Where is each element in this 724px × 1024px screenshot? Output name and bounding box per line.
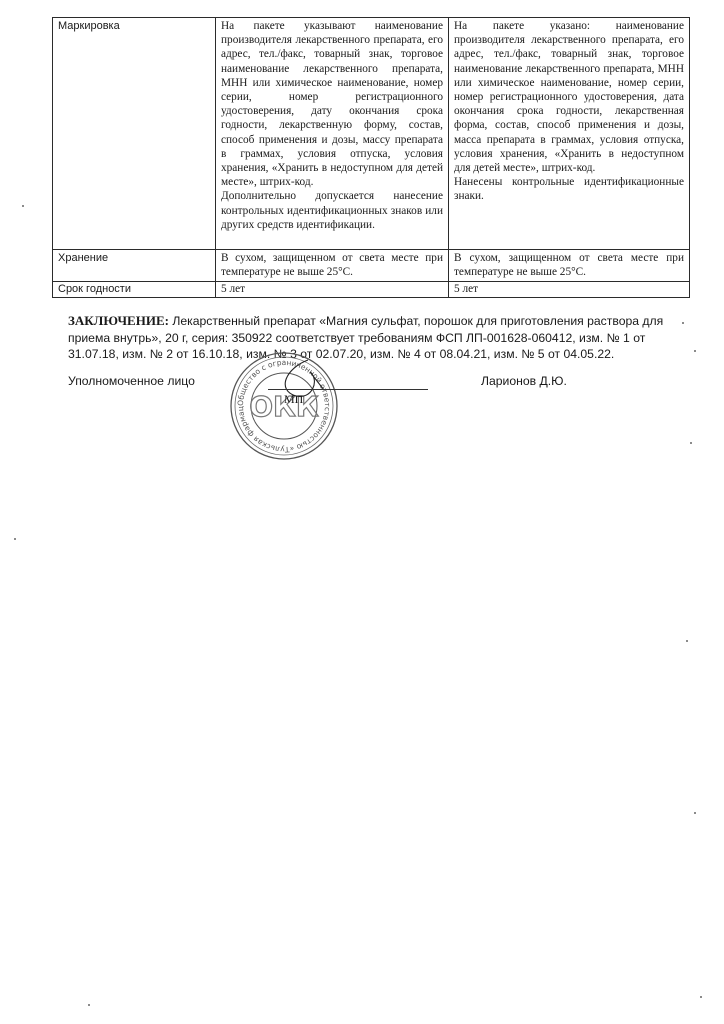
conclusion-paragraph: ЗАКЛЮЧЕНИЕ: Лекарственный препарат «Магн… [68,313,683,363]
requirement-cell: На пакете указывают наименование произво… [216,18,449,250]
row-label: Хранение [53,250,216,282]
scan-speck [88,1004,90,1006]
document-page: Маркировка На пакете указывают наименова… [0,0,724,1024]
seal-label: МП [284,392,303,407]
scan-speck [694,350,696,352]
result-cell: На пакете указано: наименование производ… [449,18,690,250]
row-label: Срок годности [53,282,216,298]
result-text: В сухом, защищенном от света месте при т… [454,251,684,279]
row-label: Маркировка [53,18,216,250]
requirement-text: В сухом, защищенном от света месте при т… [221,251,443,279]
scan-speck [686,640,688,642]
result-text: 5 лет [454,283,684,295]
scan-speck [690,442,692,444]
result-cell: В сухом, защищенном от света месте при т… [449,250,690,282]
conclusion-keyword: ЗАКЛЮЧЕНИЕ: [68,313,169,328]
requirement-text: 5 лет [221,283,443,295]
scan-speck [694,812,696,814]
scan-speck [682,322,684,324]
signatory-name: Ларионов Д.Ю. [481,374,567,388]
table-row-shelf-life: Срок годности 5 лет 5 лет [53,282,690,298]
table-row-marking: Маркировка На пакете указывают наименова… [53,18,690,250]
scan-speck [700,996,702,998]
result-cell: 5 лет [449,282,690,298]
scan-speck [14,538,16,540]
spec-table: Маркировка На пакете указывают наименова… [52,17,690,298]
scan-speck [22,205,24,207]
table-row-storage: Хранение В сухом, защищенном от света ме… [53,250,690,282]
result-text: На пакете указано: наименование производ… [454,19,684,175]
result-text: Нанесены контрольные идентификационные з… [454,175,684,203]
requirement-cell: 5 лет [216,282,449,298]
signature-line [268,389,428,390]
requirement-text: На пакете указывают наименование произво… [221,19,443,189]
requirement-text: Дополнительно допускается нанесение конт… [221,189,443,232]
signatory-role: Уполномоченное лицо [68,374,195,388]
requirement-cell: В сухом, защищенном от света месте при т… [216,250,449,282]
